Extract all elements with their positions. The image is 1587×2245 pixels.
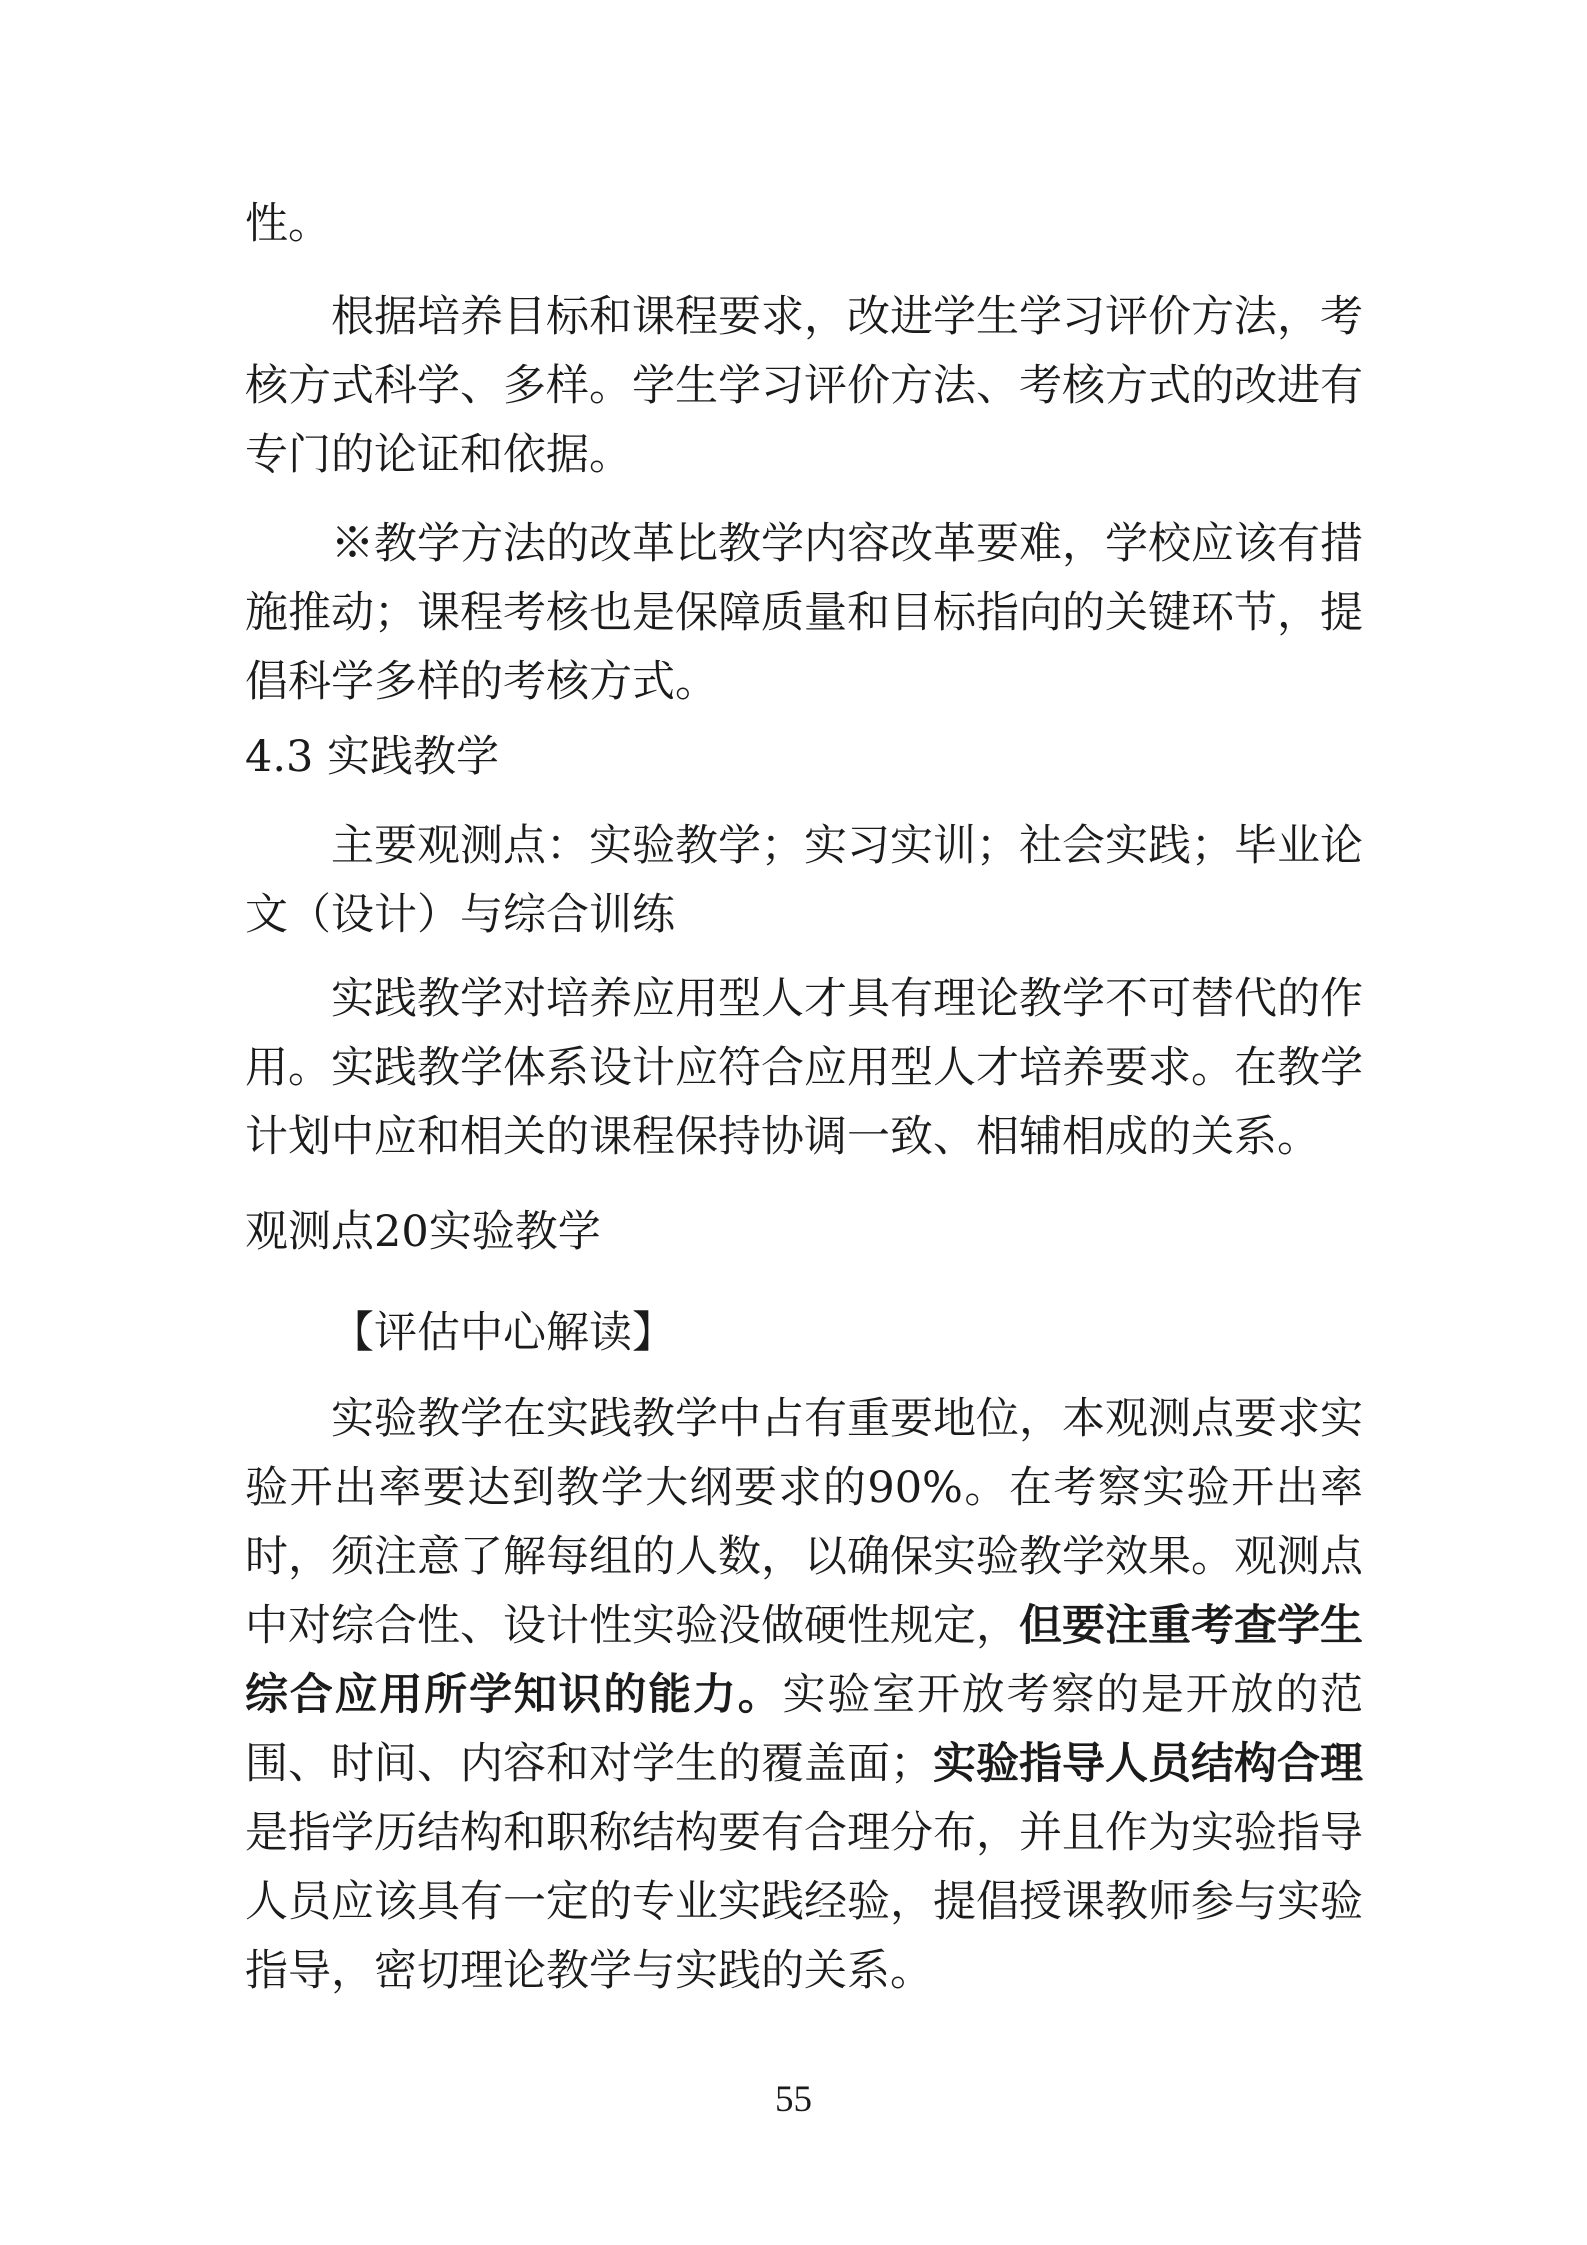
- heading-observation-point-20: 观测点20实验教学: [245, 1198, 1363, 1267]
- page-number: 55: [0, 2076, 1587, 2124]
- document-content: 性。 根据培养目标和课程要求，改进学生学习评价方法，考核方式科学、多样。学生学习…: [245, 190, 1363, 2006]
- paragraph-note-teaching-reform: ※教学方法的改革比教学内容改革要难，学校应该有措施推动；课程考核也是保障质量和目…: [245, 510, 1363, 717]
- paragraph-practice-teaching-role: 实践教学对培养应用型人才具有理论教学不可替代的作用。实践教学体系设计应符合应用型…: [245, 965, 1363, 1172]
- paragraph-evaluation-methods: 根据培养目标和课程要求，改进学生学习评价方法，考核方式科学、多样。学生学习评价方…: [245, 283, 1363, 490]
- paragraph-experiment-teaching-interpretation: 实验教学在实践教学中占有重要地位，本观测点要求实验开出率要达到教学大纲要求的90…: [245, 1385, 1363, 2006]
- paragraph-main-observation-points: 主要观测点：实验教学；实习实训；社会实践；毕业论文（设计）与综合训练: [245, 812, 1363, 950]
- section-heading-4-3-practice-teaching: 4.3 实践教学: [245, 723, 1363, 792]
- text-segment: 是指学历结构和职称结构要有合理分布，并且作为实验指导人员应该具有一定的专业实践经…: [245, 1808, 1363, 1996]
- paragraph-continuation: 性。: [245, 190, 1363, 259]
- heading-assessment-center-interpretation: 【评估中心解读】: [245, 1299, 1363, 1368]
- text-segment-bold: 实验指导人员结构合理: [933, 1739, 1363, 1789]
- document-page: 性。 根据培养目标和课程要求，改进学生学习评价方法，考核方式科学、多样。学生学习…: [0, 0, 1587, 2245]
